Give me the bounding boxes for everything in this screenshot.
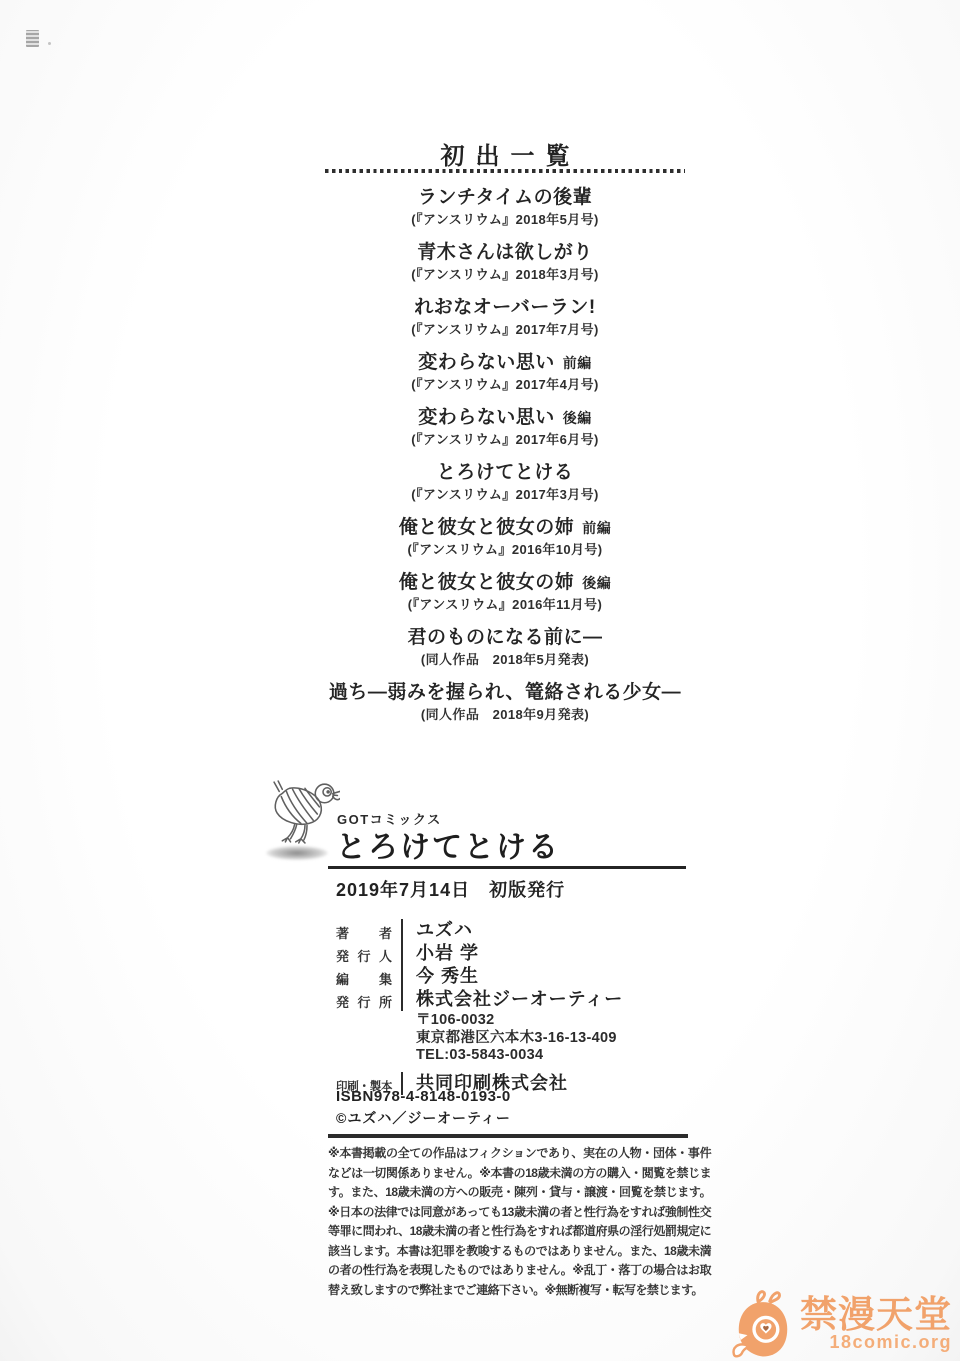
entry-title-text: 俺と彼女と彼女の姉	[399, 517, 575, 538]
publication-entry: ランチタイムの後輩 (『アンスリウム』2018年5月号)	[275, 186, 735, 228]
credit-row-author: 著者 ユズハ	[336, 919, 716, 942]
book-title: とろけてとける	[336, 822, 560, 866]
entry-title-text: れおなオーバーラン!	[414, 297, 595, 318]
watermark-text: 禁漫天堂 18comic.org	[800, 1296, 952, 1352]
entry-source: (『アンスリウム』2017年3月号)	[275, 486, 735, 503]
entry-title-text: 変わらない思い	[418, 407, 555, 428]
scanned-colophon-page: 初出一覧 ランチタイムの後輩 (『アンスリウム』2018年5月号) 青木さんは欲…	[0, 0, 960, 1361]
credit-row-publishing-company: 発行所 株式会社ジーオーティー	[336, 988, 716, 1011]
entry-title: 青木さんは欲しがり	[275, 241, 735, 265]
entry-title-text: 変わらない思い	[418, 352, 555, 373]
publication-entry: 俺と彼女と彼女の姉後編 (『アンスリウム』2016年11月号)	[275, 571, 735, 613]
whale-mascot-icon	[731, 1288, 795, 1359]
entry-title: 過ち―弱みを握られ、篭絡される少女―	[275, 681, 735, 705]
credit-value: ユズハ	[401, 919, 473, 942]
credit-row-publisher-person: 発行人 小岩 学	[336, 942, 716, 965]
credits-block: 著者 ユズハ 発行人 小岩 学 編集 今 秀生 発行所 株式会社ジーオーティー …	[336, 919, 716, 1095]
entry-title: ランチタイムの後輩	[275, 186, 735, 210]
legal-disclaimer: ※本書掲載の全ての作品はフィクションであり、実在の人物・団体・事件などは一切関係…	[328, 1144, 711, 1300]
entry-title: 俺と彼女と彼女の姉後編	[275, 571, 735, 595]
watermark-site-domain: 18comic.org	[800, 1333, 952, 1352]
entry-part-label: 後編	[582, 575, 611, 591]
credit-row-editor: 編集 今 秀生	[336, 965, 716, 988]
entry-part-label: 後編	[563, 410, 592, 426]
entry-title: 俺と彼女と彼女の姉前編	[275, 516, 735, 540]
first-publication-heading: 初出一覧	[325, 136, 685, 171]
entry-source: (『アンスリウム』2016年11月号)	[275, 596, 735, 613]
publication-entry: 君のものになる前に― (同人作品 2018年5月発表)	[275, 626, 735, 668]
entry-source: (同人作品 2018年5月発表)	[275, 651, 735, 668]
entry-title-text: 青木さんは欲しがり	[417, 242, 593, 263]
copyright-line: ©ユズハ／ジーオーティー	[336, 1108, 511, 1128]
entry-source: (『アンスリウム』2017年6月号)	[275, 431, 735, 448]
publication-entry: 過ち―弱みを握られ、篭絡される少女― (同人作品 2018年9月発表)	[275, 681, 735, 723]
publication-entry: 俺と彼女と彼女の姉前編 (『アンスリウム』2016年10月号)	[275, 516, 735, 558]
entry-title-text: 俺と彼女と彼女の姉	[399, 572, 575, 593]
publication-entry: とろけてとける (『アンスリウム』2017年3月号)	[275, 461, 735, 503]
entry-source: (『アンスリウム』2017年4月号)	[275, 376, 735, 393]
publication-entry: 変わらない思い前編 (『アンスリウム』2017年4月号)	[275, 351, 735, 393]
watermark-site-name: 禁漫天堂	[800, 1296, 952, 1333]
entry-source: (『アンスリウム』2016年10月号)	[275, 541, 735, 558]
publication-entry: 青木さんは欲しがり (『アンスリウム』2018年3月号)	[275, 241, 735, 283]
entry-title: とろけてとける	[275, 461, 735, 485]
entry-title-text: ランチタイムの後輩	[418, 187, 592, 208]
credit-value: 今 秀生	[401, 965, 479, 988]
bird-shadow	[266, 846, 328, 860]
credit-value: 株式会社ジーオーティー	[401, 988, 623, 1011]
publication-entry: 変わらない思い後編 (『アンスリウム』2017年6月号)	[275, 406, 735, 448]
disclaimer-divider	[328, 1134, 688, 1138]
publication-entry: れおなオーバーラン! (『アンスリウム』2017年7月号)	[275, 296, 735, 338]
credit-value: 小岩 学	[401, 942, 479, 965]
entry-title: れおなオーバーラン!	[275, 296, 735, 320]
credit-label: 発行人	[336, 942, 392, 965]
site-watermark: 禁漫天堂 18comic.org	[731, 1288, 952, 1359]
entry-part-label: 前編	[582, 520, 611, 536]
entry-title: 変わらない思い前編	[275, 351, 735, 375]
edition-line: 2019年7月14日 初版発行	[336, 876, 565, 902]
entry-title-text: 君のものになる前に―	[407, 627, 602, 648]
entry-source: (『アンスリウム』2018年5月号)	[275, 211, 735, 228]
credit-label: 編集	[336, 965, 392, 988]
phone-number: TEL:03-5843-0034	[416, 1047, 716, 1065]
entry-title: 君のものになる前に―	[275, 626, 735, 650]
scan-dot-artifact	[48, 42, 51, 45]
credit-label: 発行所	[336, 988, 392, 1011]
entry-source: (『アンスリウム』2018年3月号)	[275, 266, 735, 283]
publisher-address: 〒106-0032 東京都港区六本木3-16-13-409 TEL:03-584…	[408, 1012, 716, 1065]
publication-list: ランチタイムの後輩 (『アンスリウム』2018年5月号) 青木さんは欲しがり (…	[275, 186, 735, 736]
credit-label: 著者	[336, 919, 392, 942]
entry-title-text: とろけてとける	[437, 462, 574, 483]
entry-title-text: 過ち―弱みを握られ、篭絡される少女―	[329, 682, 681, 703]
bird-doodle-icon	[272, 779, 340, 845]
isbn-number: ISBN978-4-8148-0193-0	[336, 1088, 511, 1105]
dotted-divider	[325, 169, 685, 173]
postal-code: 〒106-0032	[416, 1012, 716, 1030]
title-underline	[328, 866, 686, 869]
entry-part-label: 前編	[563, 355, 592, 371]
street-address: 東京都港区六本木3-16-13-409	[416, 1030, 716, 1048]
scan-artifact	[26, 30, 39, 47]
entry-source: (同人作品 2018年9月発表)	[275, 706, 735, 723]
entry-title: 変わらない思い後編	[275, 406, 735, 430]
entry-source: (『アンスリウム』2017年7月号)	[275, 321, 735, 338]
